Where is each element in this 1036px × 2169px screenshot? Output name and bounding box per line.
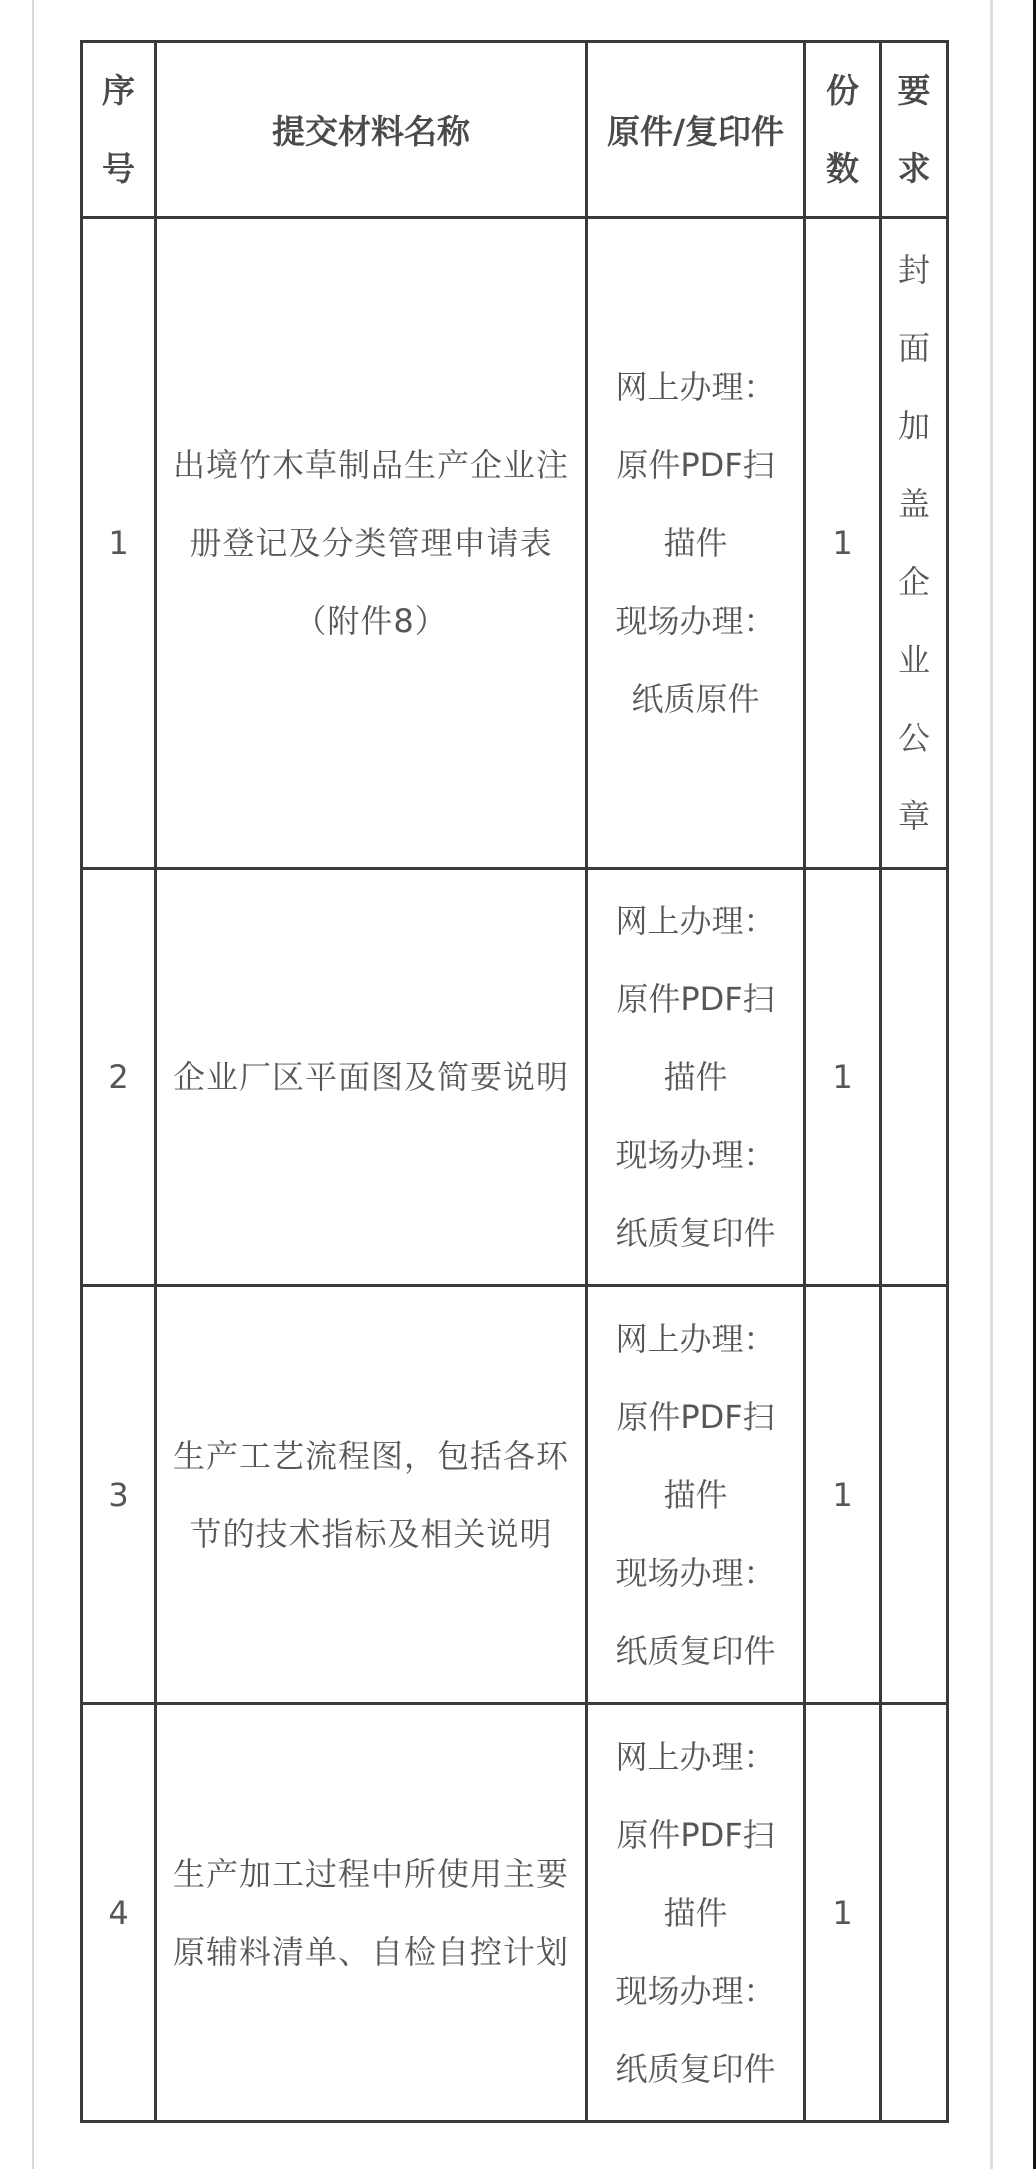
cell-type: 网上办理： 原件PDF扫 描件 现场办理： 纸质复印件 <box>587 869 805 1286</box>
cell-quantity: 1 <box>805 869 881 1286</box>
cell-type: 网上办理： 原件PDF扫 描件 现场办理： 纸质复印件 <box>587 1286 805 1704</box>
cell-quantity: 1 <box>805 1286 881 1704</box>
cell-index: 1 <box>82 218 156 869</box>
cell-name: 企业厂区平面图及简要说明 <box>156 869 587 1286</box>
cell-requirement: 封 面 加 盖 企 业 公 章 <box>881 218 948 869</box>
cell-requirement <box>881 869 948 1286</box>
header-name: 提交材料名称 <box>156 42 587 218</box>
cell-name: 出境竹木草制品生产企业注册登记及分类管理申请表（附件8） <box>156 218 587 869</box>
header-requirement: 要 求 <box>881 42 948 218</box>
header-quantity: 份 数 <box>805 42 881 218</box>
cell-name: 生产加工过程中所使用主要原辅料清单、自检自控计划 <box>156 1704 587 2122</box>
table-row: 4 生产加工过程中所使用主要原辅料清单、自检自控计划 网上办理： 原件PDF扫 … <box>82 1704 948 2122</box>
table-row: 1 出境竹木草制品生产企业注册登记及分类管理申请表（附件8） 网上办理： 原件P… <box>82 218 948 869</box>
table-row: 3 生产工艺流程图，包括各环节的技术指标及相关说明 网上办理： 原件PDF扫 描… <box>82 1286 948 1704</box>
header-row: 序 号 提交材料名称 原件/复印件 份 数 要 求 <box>82 42 948 218</box>
cell-type: 网上办理： 原件PDF扫 描件 现场办理： 纸质复印件 <box>587 1704 805 2122</box>
cell-index: 2 <box>82 869 156 1286</box>
cell-index: 4 <box>82 1704 156 2122</box>
cell-type: 网上办理： 原件PDF扫 描件 现场办理： 纸质原件 <box>587 218 805 869</box>
cell-name: 生产工艺流程图，包括各环节的技术指标及相关说明 <box>156 1286 587 1704</box>
cell-index: 3 <box>82 1286 156 1704</box>
cell-requirement <box>881 1704 948 2122</box>
table-row: 2 企业厂区平面图及简要说明 网上办理： 原件PDF扫 描件 现场办理： 纸质复… <box>82 869 948 1286</box>
header-index: 序 号 <box>82 42 156 218</box>
cell-requirement <box>881 1286 948 1704</box>
materials-table: 序 号 提交材料名称 原件/复印件 份 数 要 求 1 出境 <box>80 40 949 2123</box>
cell-quantity: 1 <box>805 218 881 869</box>
cell-quantity: 1 <box>805 1704 881 2122</box>
page-edge-right <box>990 0 993 2169</box>
header-type: 原件/复印件 <box>587 42 805 218</box>
page-edge-left <box>32 0 34 2169</box>
